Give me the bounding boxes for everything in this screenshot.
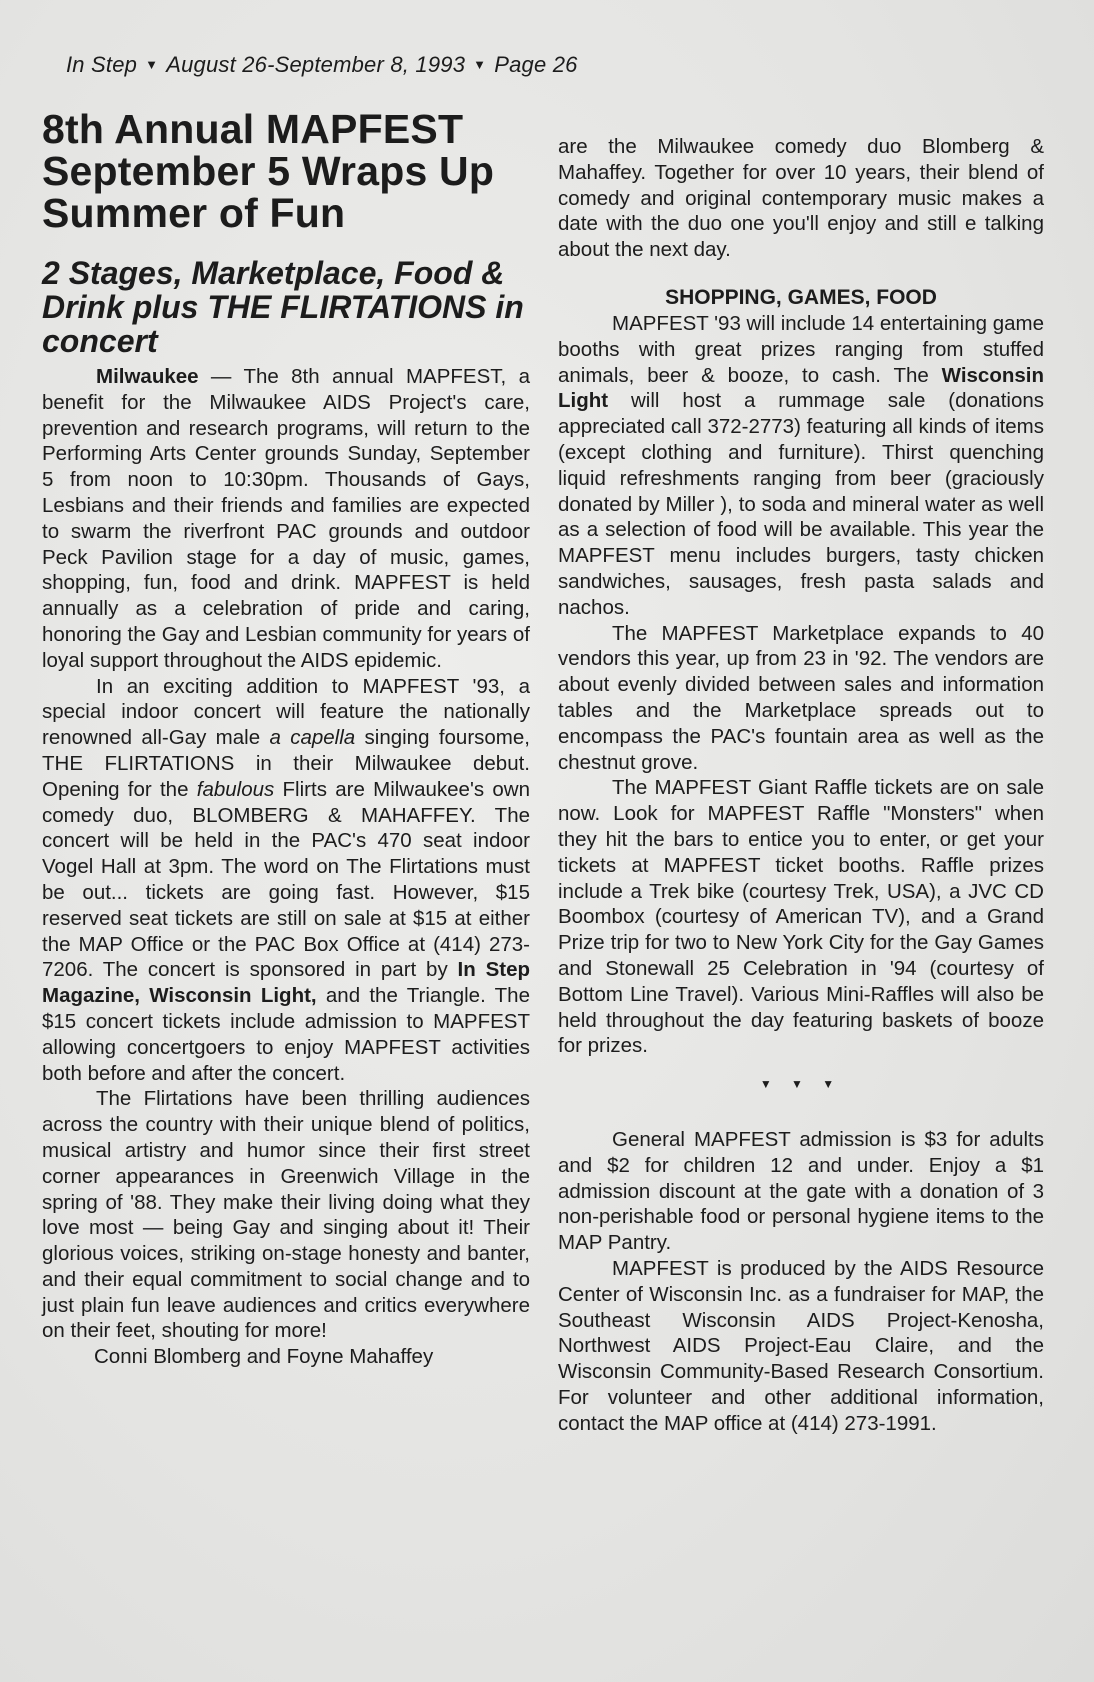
article-deck: 2 Stages, Marketplace, Food & Drink plus…: [42, 256, 530, 358]
paragraph: General MAPFEST admission is $3 for adul…: [558, 1127, 1044, 1256]
paragraph: In an exciting addition to MAPFEST '93, …: [42, 674, 530, 1087]
section-subhead: SHOPPING, GAMES, FOOD: [558, 285, 1044, 311]
right-column: are the Milwaukee comedy duo Blomberg & …: [558, 134, 1044, 1437]
paragraph: Conni Blomberg and Foyne Mahaffey: [42, 1344, 530, 1370]
section-divider-dingbats: ▼ ▼ ▼: [558, 1077, 1044, 1091]
dateline: Milwaukee: [96, 365, 199, 388]
paragraph: The MAPFEST Marketplace expands to 40 ve…: [558, 621, 1044, 776]
running-head: In Step▼August 26-September 8, 1993▼Page…: [66, 52, 578, 78]
page-number: Page 26: [494, 52, 577, 77]
triangle-bullet-icon: ▼: [145, 57, 158, 72]
publication-name: In Step: [66, 52, 137, 77]
paragraph: MAPFEST '93 will include 14 entertaining…: [558, 311, 1044, 621]
paragraph: Milwaukee — The 8th annual MAPFEST, a be…: [42, 364, 530, 674]
paragraph: MAPFEST is produced by the AIDS Resource…: [558, 1256, 1044, 1437]
issue-dates: August 26-September 8, 1993: [166, 52, 465, 77]
newspaper-page: In Step▼August 26-September 8, 1993▼Page…: [0, 0, 1094, 1682]
left-column: 8th Annual MAPFEST September 5 Wraps Up …: [42, 108, 530, 1370]
paragraph: are the Milwaukee comedy duo Blomberg & …: [558, 134, 1044, 263]
triangle-bullet-icon: ▼: [473, 57, 486, 72]
paragraph: The MAPFEST Giant Raffle tickets are on …: [558, 775, 1044, 1059]
article-headline: 8th Annual MAPFEST September 5 Wraps Up …: [42, 108, 530, 234]
paragraph: The Flirtations have been thrilling audi…: [42, 1086, 530, 1344]
